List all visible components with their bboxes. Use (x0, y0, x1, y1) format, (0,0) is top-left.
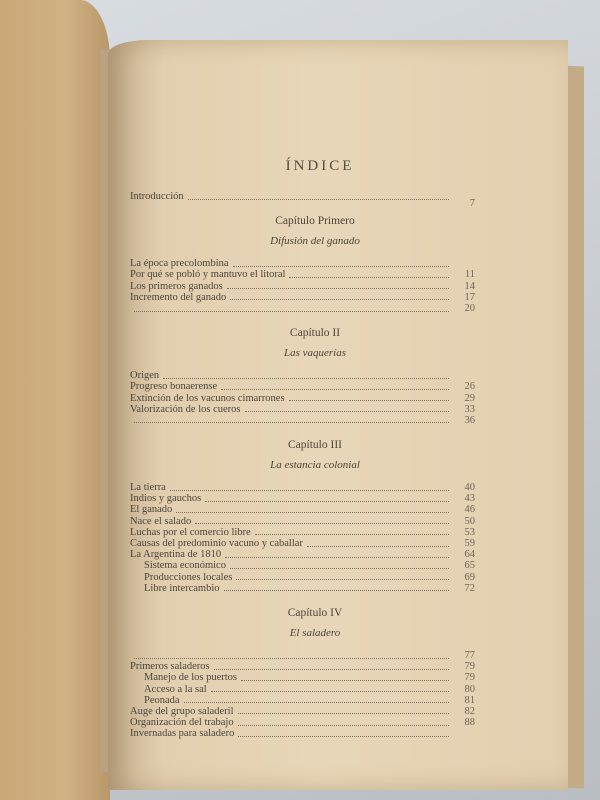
chapter-section: Capítulo IIILa estancia colonialLa tierr… (130, 438, 475, 594)
leader-dots (188, 198, 449, 200)
entry-page: 59 (453, 538, 475, 549)
entry-page: 72 (453, 583, 475, 594)
toc-entry: El ganado46 (130, 504, 475, 515)
entry-label: Manejo de los puertos (130, 672, 237, 683)
entry-page: 88 (453, 717, 475, 728)
leader-dots (170, 489, 449, 491)
entry-page: 81 (453, 695, 475, 706)
leader-dots (227, 287, 449, 289)
entry-label: Nace el salado (130, 516, 191, 527)
chapter-subtitle: Difusión del ganado (155, 234, 475, 248)
entry-page: 33 (453, 404, 475, 415)
toc-entry: Sistema económico65 (130, 560, 475, 571)
chapter-section: Capítulo PrimeroDifusión del ganadoLa ép… (130, 214, 475, 314)
toc-entry: Invernadas para saladero (130, 728, 475, 739)
leader-dots (238, 724, 449, 726)
chapter-subtitle: La estancia colonial (155, 458, 475, 472)
entry-page: 17 (453, 292, 475, 303)
chapter-heading: Capítulo II (155, 326, 475, 340)
leader-dots (255, 533, 449, 535)
toc-entry: Acceso a la sal80 (130, 684, 475, 695)
entry-page: 40 (453, 482, 475, 493)
leader-dots (214, 668, 449, 670)
entry-label: Peonada (130, 695, 180, 706)
leader-dots (230, 298, 449, 300)
entry-label: Libre intercambio (130, 583, 220, 594)
toc-entry: Los primeros ganados14 (130, 281, 475, 292)
entry-label: Extinción de los vacunos cimarrones (130, 393, 285, 404)
entry-label: Acceso a la sal (130, 684, 207, 695)
chapter-heading: Capítulo III (155, 438, 475, 452)
entry-label: Indios y gauchos (130, 493, 201, 504)
toc-entry: Primeros saladeros79 (130, 661, 475, 672)
toc-entry: La época precolombina (130, 258, 475, 269)
leader-dots (289, 276, 449, 278)
leader-dots (236, 578, 449, 580)
entry-label: Primeros saladeros (130, 661, 210, 672)
entry-label: Sistema económico (130, 560, 226, 571)
leader-dots (230, 567, 449, 569)
leader-dots (195, 522, 449, 524)
toc-entry: La Argentina de 181064 (130, 549, 475, 560)
entry-label: La Argentina de 1810 (130, 549, 221, 560)
entry-label: Invernadas para saladero (130, 728, 234, 739)
leader-dots (307, 545, 449, 547)
chapter-section: Capítulo IVEl saladero77Primeros salader… (130, 606, 475, 740)
leader-dots (134, 421, 449, 423)
chapter-subtitle: Las vaquerías (155, 346, 475, 360)
chapter-subtitle: El saladero (155, 626, 475, 640)
entry-label: Auge del grupo saladeril (130, 706, 234, 717)
toc-entry: Causas del predominio vacuno y caballar5… (130, 538, 475, 549)
toc-entry: 36 (130, 415, 475, 426)
toc-entry: Peonada81 (130, 695, 475, 706)
toc-entry: Auge del grupo saladeril82 (130, 706, 475, 717)
toc-entry: Producciones locales69 (130, 572, 475, 583)
entry-label: La tierra (130, 482, 166, 493)
entry-label: El ganado (130, 504, 172, 515)
entry-page: 43 (453, 493, 475, 504)
entry-page: 53 (453, 527, 475, 538)
entry-page: 82 (453, 706, 475, 717)
leader-dots (134, 310, 449, 312)
leader-dots (163, 377, 449, 379)
table-of-contents: ÍNDICE Introducción 7 Capítulo PrimeroDi… (130, 158, 475, 739)
toc-title: ÍNDICE (165, 158, 475, 175)
toc-entry: 20 (130, 303, 475, 314)
entry-label: Incremento del ganado (130, 292, 226, 303)
leader-dots (233, 265, 449, 267)
entry-label: Luchas por el comercio libre (130, 527, 251, 538)
toc-entry: Indios y gauchos43 (130, 493, 475, 504)
entry-label: Introducción (130, 191, 184, 202)
chapters-list: Capítulo PrimeroDifusión del ganadoLa ép… (130, 214, 475, 739)
toc-entry: Luchas por el comercio libre53 (130, 527, 475, 538)
leader-dots (205, 500, 449, 502)
toc-entry: Incremento del ganado17 (130, 292, 475, 303)
entry-page: 11 (453, 269, 475, 280)
entry-page: 26 (453, 381, 475, 392)
entry-label: Por qué se pobló y mantuvo el litoral (130, 269, 285, 280)
entry-page: 79 (453, 661, 475, 672)
left-page (0, 0, 110, 800)
entry-page: 36 (453, 415, 475, 426)
toc-entry-introduction: Introducción 7 (130, 191, 475, 202)
chapter-heading: Capítulo Primero (155, 214, 475, 228)
leader-dots (238, 735, 449, 737)
entry-page: 79 (453, 672, 475, 683)
leader-dots (224, 589, 449, 591)
leader-dots (184, 701, 449, 703)
toc-entry: 77 (130, 650, 475, 661)
entry-page: 7 (453, 198, 475, 209)
entry-label: Progreso bonaerense (130, 381, 217, 392)
entry-label: Los primeros ganados (130, 281, 223, 292)
entry-page: 77 (453, 650, 475, 661)
leader-dots (241, 679, 449, 681)
leader-dots (221, 388, 449, 390)
entry-page: 50 (453, 516, 475, 527)
entry-page: 80 (453, 684, 475, 695)
toc-entry: Libre intercambio72 (130, 583, 475, 594)
toc-entry: Progreso bonaerense26 (130, 381, 475, 392)
chapter-section: Capítulo IILas vaqueríasOrigenProgreso b… (130, 326, 475, 426)
leader-dots (225, 556, 449, 558)
entry-page: 64 (453, 549, 475, 560)
leader-dots (134, 657, 449, 659)
toc-entry: Organización del trabajo88 (130, 717, 475, 728)
toc-entry: Nace el salado50 (130, 516, 475, 527)
entry-label: Causas del predominio vacuno y caballar (130, 538, 303, 549)
entry-page: 69 (453, 572, 475, 583)
entry-label: La época precolombina (130, 258, 229, 269)
entry-label: Producciones locales (130, 572, 232, 583)
entry-label: Origen (130, 370, 159, 381)
toc-entry: Extinción de los vacunos cimarrones29 (130, 393, 475, 404)
entry-page: 65 (453, 560, 475, 571)
leader-dots (211, 690, 449, 692)
entry-label: Valorización de los cueros (130, 404, 241, 415)
toc-entry: Por qué se pobló y mantuvo el litoral11 (130, 269, 475, 280)
leader-dots (238, 712, 449, 714)
toc-entry: La tierra40 (130, 482, 475, 493)
leader-dots (289, 399, 449, 401)
entry-page: 29 (453, 393, 475, 404)
chapter-heading: Capítulo IV (155, 606, 475, 620)
leader-dots (176, 511, 449, 513)
entry-page: 14 (453, 281, 475, 292)
toc-entry: Origen (130, 370, 475, 381)
toc-entry: Manejo de los puertos79 (130, 672, 475, 683)
entry-page: 20 (453, 303, 475, 314)
entry-label: Organización del trabajo (130, 717, 234, 728)
entry-page: 46 (453, 504, 475, 515)
toc-entry: Valorización de los cueros33 (130, 404, 475, 415)
leader-dots (245, 410, 449, 412)
